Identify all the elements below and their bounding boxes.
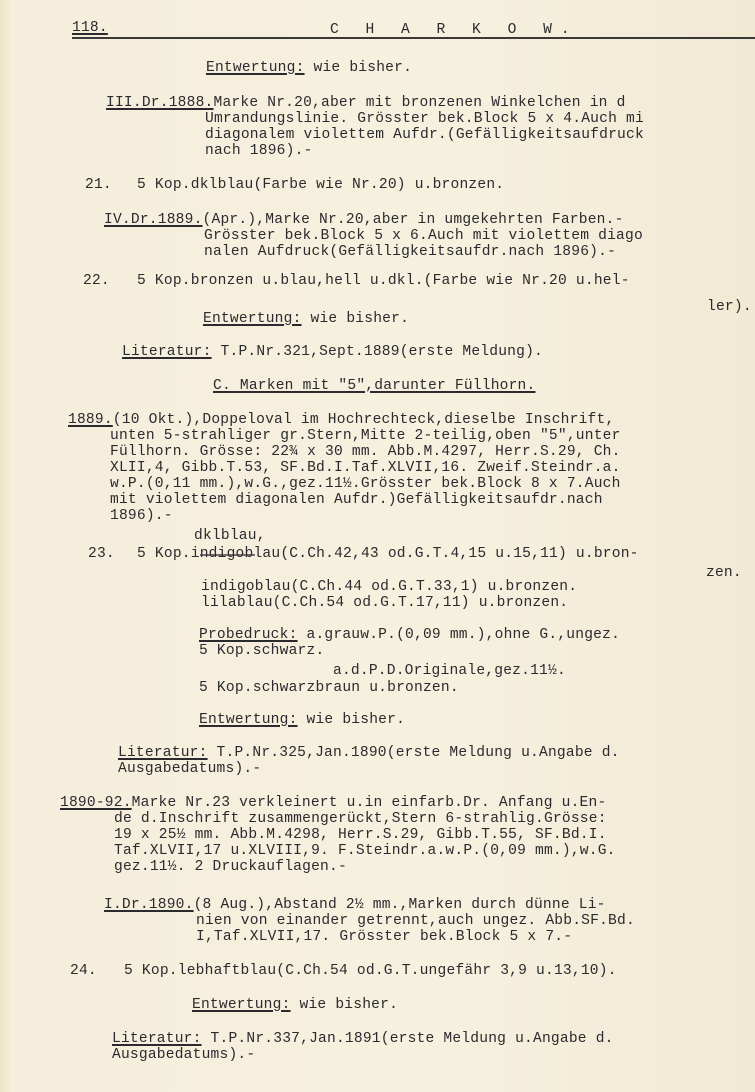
page-title: C H A R K O W. [330,22,579,38]
item-23-number: 23. [88,546,115,562]
dr4-line-3: nalen Aufdruck(Gefälligkeitsaufdr.nach 1… [204,244,616,260]
entwertung-label: Entwertung: [206,60,305,76]
issue-1890-92-line-3: 19 x 25½ mm. Abb.M.4298, Herr.S.29, Gibb… [114,827,607,843]
entwertung-note: Entwertung: wie bisher. [206,60,412,76]
item-23-variant-2: lilablau(C.Ch.54 od.G.T.17,11) u.bronzen… [201,595,568,611]
probedruck-line-3: a.d.P.D.Originale,gez.11½. [333,663,566,679]
issue-1889-line-1: 1889.(10 Okt.),Doppeloval im Hochrechtec… [68,412,614,428]
entwertung-note: Entwertung: wie bisher. [192,997,398,1013]
dr3-line-2: Umrandungslinie. Grösster bek.Block 5 x … [205,111,644,127]
probedruck-line-2: 5 Kop.schwarz. [199,643,324,659]
issue-1890-92-label: 1890-92. [60,795,132,811]
probedruck-line-1: Probedruck: a.grauw.P.(0,09 mm.),ohne G.… [199,627,620,643]
struck-out-word [200,546,255,562]
dr3-label: III.Dr.1888. [106,95,214,111]
literatur-cont: Ausgabedatums).- [112,1047,255,1063]
scanned-page: 118. C H A R K O W. Entwertung: wie bish… [0,0,755,1092]
entwertung-label: Entwertung: [203,311,302,327]
dr1-1890-line-1: I.Dr.1890.(8 Aug.),Abstand 2½ mm.,Marken… [104,897,606,913]
item-21-text: 5 Kop.dklblau(Farbe wie Nr.20) u.bronzen… [137,177,504,193]
issue-1889-line-5: w.P.(0,11 mm.),w.G.,gez.11½.Grösster bek… [110,476,621,492]
entwertung-note: Entwertung: wie bisher. [203,311,409,327]
probedruck-line-4: 5 Kop.schwarzbraun u.bronzen. [199,680,459,696]
page-number: 118. [72,20,108,36]
literatur-note: Literatur: T.P.Nr.325,Jan.1890(erste Mel… [118,745,620,761]
dr4-line-2: Grösster bek.Block 5 x 6.Auch mit violet… [204,228,643,244]
dr1-1890-line-2: nien von einander getrennt,auch ungez. A… [196,913,635,929]
probedruck-label: Probedruck: [199,627,298,643]
item-21-number: 21. [85,177,112,193]
issue-1889-line-4: XLII,4, Gibb.T.53, SF.Bd.I.Taf.XLVII,16.… [110,460,621,476]
item-22-number: 22. [83,273,110,289]
dr4-label: IV.Dr.1889. [104,212,203,228]
item-23-variant-1: indigoblau(C.Ch.44 od.G.T.33,1) u.bronze… [201,579,577,595]
issue-1889-line-6: mit violettem diagonalen Aufdr.)Gefällig… [110,492,603,508]
item-22-text: 5 Kop.bronzen u.blau,hell u.dkl.(Farbe w… [137,273,630,289]
issue-1889-label: 1889. [68,412,113,428]
literatur-label: Literatur: [112,1031,202,1047]
issue-1890-92-line-1: 1890-92.Marke Nr.23 verkleinert u.in ein… [60,795,606,811]
entwertung-note: Entwertung: wie bisher. [199,712,405,728]
dr4-line-1: IV.Dr.1889.(Apr.),Marke Nr.20,aber in um… [104,212,624,228]
header-rule [72,37,755,39]
literatur-cont: Ausgabedatums).- [118,761,261,777]
item-22-cont: ler). [707,299,752,315]
literatur-note: Literatur: T.P.Nr.337,Jan.1891(erste Mel… [112,1031,614,1047]
entwertung-label: Entwertung: [199,712,298,728]
dr1-1890-label: I.Dr.1890. [104,897,194,913]
section-heading-c: C. Marken mit "5",darunter Füllhorn. [213,378,535,394]
entwertung-label: Entwertung: [192,997,291,1013]
item-24-number: 24. [70,963,97,979]
item-23-cont: zen. [706,565,742,581]
issue-1890-92-line-4: Taf.XLVII,17 u.XLVIII,9. F.Steindr.a.w.P… [114,843,616,859]
dr1-1890-line-3: I,Taf.XLVII,17. Grösster bek.Block 5 x 7… [196,929,572,945]
item-23-correction: dklblau, [194,528,266,544]
literatur-label: Literatur: [122,344,212,360]
dr3-line-4: nach 1896).- [205,143,313,159]
issue-1889-line-7: 1896).- [110,508,173,524]
issue-1890-92-line-5: gez.11½. 2 Druckauflagen.- [114,859,347,875]
issue-1889-line-3: Füllhorn. Grösse: 22¾ x 30 mm. Abb.M.429… [110,444,621,460]
dr3-line-3: diagonalem violettem Aufdr.(Gefälligkeit… [205,127,644,143]
literatur-note: Literatur: T.P.Nr.321,Sept.1889(erste Me… [122,344,543,360]
issue-1889-line-2: unten 5-strahliger gr.Stern,Mitte 2-teil… [110,428,621,444]
literatur-label: Literatur: [118,745,208,761]
issue-1890-92-line-2: de d.Inschrift zusammengerückt,Stern 6-s… [114,811,607,827]
dr3-line-1: III.Dr.1888.Marke Nr.20,aber mit bronzen… [106,95,626,111]
item-24-text: 5 Kop.lebhaftblau(C.Ch.54 od.G.T.ungefäh… [124,963,617,979]
